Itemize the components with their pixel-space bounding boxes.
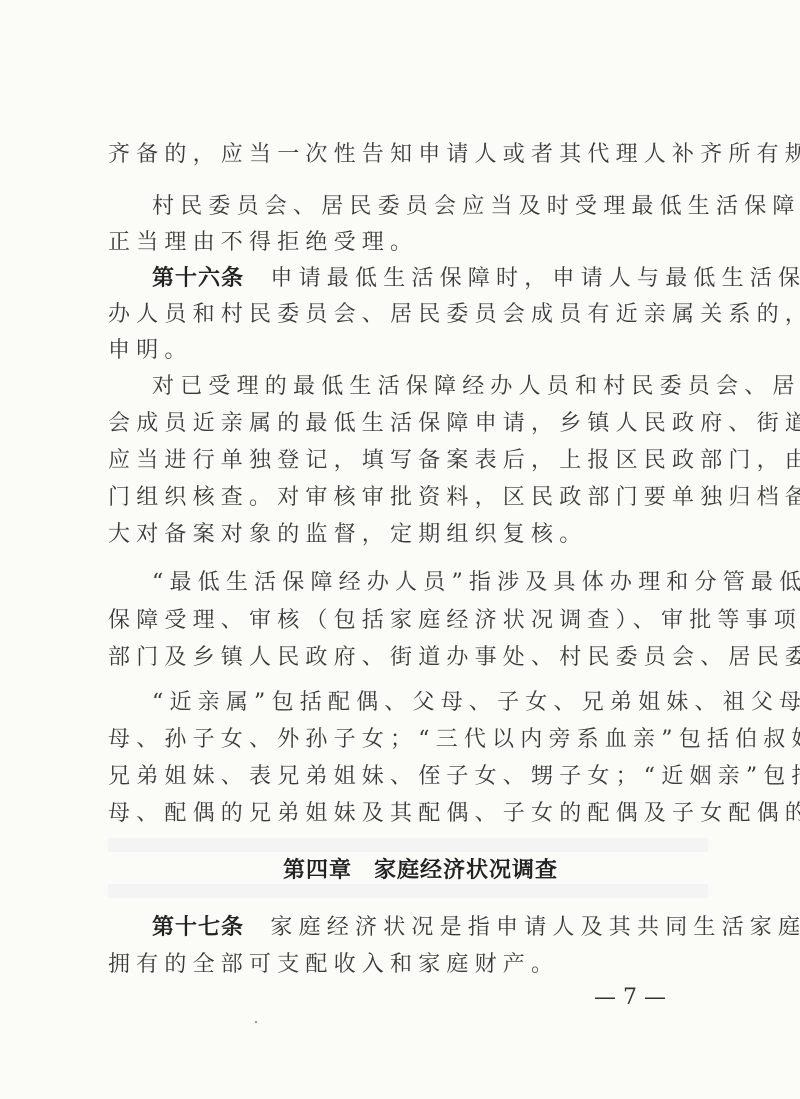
article-16-line: 第十六条 申请最低生活保障时，申请人与最低生活保障经 [152,264,712,294]
text-line: 申明。 [108,336,708,366]
text-line: 正当理由不得拒绝受理。 [108,228,708,258]
text-line: 兄弟姐妹、表兄弟姐妹、侄子女、甥子女；“近姻亲”包括配偶的父 [108,762,708,792]
chapter-title: 第四章家庭经济状况调查 [283,856,558,886]
text-line: 母、配偶的兄弟姐妹及其配偶、子女的配偶及子女配偶的父母。 [108,799,708,829]
text-line: 会成员近亲属的最低生活保障申请，乡镇人民政府、街道办事处 [108,409,708,439]
page-number: — 7 — [594,983,666,1013]
document-page: 齐备的，应当一次性告知申请人或者其代理人补齐所有规定材料。 村民委员会、居民委员… [0,0,800,1099]
text-line: 村民委员会、居民委员会应当及时受理最低生活保障申请，无 [152,192,712,222]
bleed-through [108,838,708,852]
article-text: 申请最低生活保障时，申请人与最低生活保障经 [270,266,800,291]
text-line: 对已受理的最低生活保障经办人员和村民委员会、居民委员 [152,372,712,402]
text-line: 办人员和村民委员会、居民委员会成员有近亲属关系的，应当如实 [108,300,708,330]
text-line: “最低生活保障经办人员”指涉及具体办理和分管最低生活 [152,568,712,598]
chapter-name: 家庭经济状况调查 [374,858,558,883]
article-17-line: 第十七条 家庭经济状况是指申请人及其共同生活家庭成员 [152,913,712,943]
text-line: 齐备的，应当一次性告知申请人或者其代理人补齐所有规定材料。 [108,140,708,170]
text-line: 部门及乡镇人民政府、街道办事处、村民委员会、居民委员会成员。 [108,643,708,673]
text-line: 保障受理、审核（包括家庭经济状况调查）、审批等事项的区民政 [108,606,708,636]
scan-speck [255,1021,257,1023]
chapter-number: 第四章 [283,858,352,883]
text-line: “近亲属”包括配偶、父母、子女、兄弟姐妹、祖父母、外祖父 [152,688,712,718]
article-label: 第十六条 [152,266,244,291]
text-line: 母、孙子女、外孙子女；“三代以内旁系血亲”包括伯叔姑舅姨、堂 [108,725,708,755]
article-text: 家庭经济状况是指申请人及其共同生活家庭成员 [270,915,800,940]
text-line: 门组织核查。对审核审批资料，区民政部门要单独归档备案，并加 [108,483,708,513]
bleed-through [108,884,708,898]
text-line: 应当进行单独登记，填写备案表后，上报区民政部门，由区民政部 [108,446,708,476]
article-label: 第十七条 [152,915,244,940]
text-line: 拥有的全部可支配收入和家庭财产。 [108,950,708,980]
text-line: 大对备案对象的监督，定期组织复核。 [108,520,708,550]
